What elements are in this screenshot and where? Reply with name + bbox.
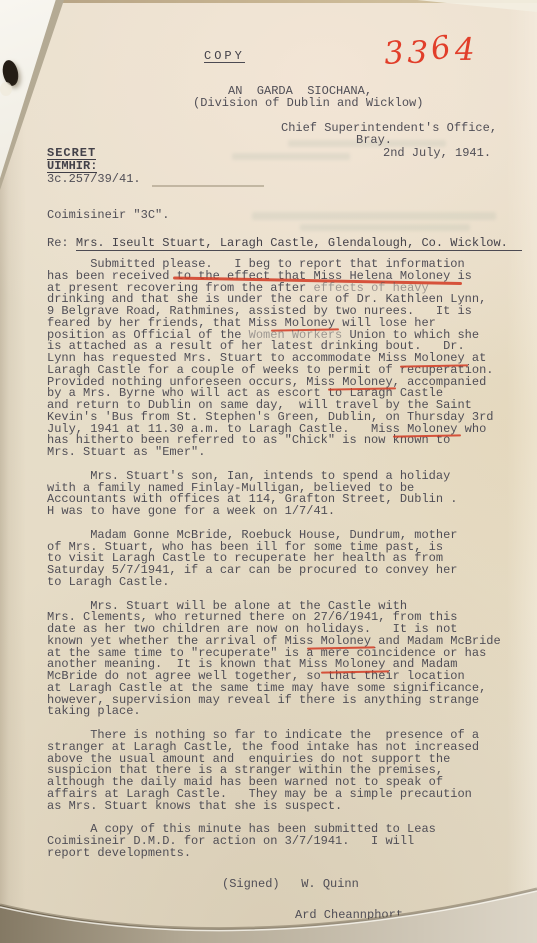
document-photo: COPY 3364 AN GARDA SIOCHANA, (Division o… xyxy=(0,0,537,943)
red-underlined-text: Moloney xyxy=(414,351,464,365)
paragraph: Madam Gonne McBride, Roebuck House, Dund… xyxy=(47,530,527,589)
red-underlined-text: Moloney xyxy=(342,375,392,389)
body-text-segment: as Mrs. Stuart knows that she is suspect… xyxy=(47,799,342,813)
red-digit: 3 xyxy=(383,34,410,72)
date-line: 2nd July, 1941. xyxy=(383,147,491,159)
body-text-segment: Mrs. Stuart as "Emer". xyxy=(47,445,205,459)
body-line: Mrs. Stuart as "Emer". xyxy=(47,447,527,459)
body-text-segment: H was to have gone for a week on 1/7/41. xyxy=(47,504,335,518)
paragraph: Submitted please. I beg to report that i… xyxy=(47,259,527,459)
uimhir-label: UIMHIR: xyxy=(47,160,97,173)
paragraph: A copy of this minute has been submitted… xyxy=(47,824,527,859)
body-text-segment: is xyxy=(450,269,472,283)
red-underlined-text: Moloney xyxy=(335,657,385,671)
body-line: taking place. xyxy=(47,706,527,718)
faint-pencil-rule xyxy=(152,185,264,187)
re-prefix: Re: xyxy=(47,236,76,250)
red-underlined-text: Moloney xyxy=(407,422,457,436)
punch-hole-tear xyxy=(0,82,12,96)
handwritten-file-number: 3364 xyxy=(383,28,481,72)
body-line: to Laragh Castle. xyxy=(47,577,527,589)
page-bottom-curl xyxy=(0,863,537,943)
org-division: (Division of Dublin and Wicklow) xyxy=(193,97,423,109)
reference-number: 3c.257/39/41. xyxy=(47,173,141,185)
re-subject: Mrs. Iseult Stuart, Laragh Castle, Glend… xyxy=(76,236,522,251)
red-underlined-text: Moloney xyxy=(321,634,371,648)
body-text-segment: report developments. xyxy=(47,846,191,860)
addressee: Coimisineir "3C". xyxy=(47,209,169,221)
body-line: H was to have gone for a week on 1/7/41. xyxy=(47,506,527,518)
body-text-segment: who xyxy=(457,422,486,436)
bleed-through-mark xyxy=(252,212,496,220)
body-line: as Mrs. Stuart knows that she is suspect… xyxy=(47,801,527,813)
bleed-through-mark xyxy=(300,224,470,231)
body-text-segment: to Laragh Castle. xyxy=(47,575,169,589)
copy-label: COPY xyxy=(204,50,245,63)
bleed-through-mark xyxy=(232,153,350,160)
body-text-segment: taking place. xyxy=(47,704,141,718)
faded-text: Women Workers xyxy=(249,328,343,342)
faded-text: effects of heavy xyxy=(313,281,428,295)
paragraph: Mrs. Stuart's son, Ian, intends to spend… xyxy=(47,471,527,518)
re-line: Re: Mrs. Iseult Stuart, Laragh Castle, G… xyxy=(47,237,522,249)
paragraph: There is nothing so far to indicate the … xyxy=(47,730,527,812)
body-line: report developments. xyxy=(47,848,527,860)
office-town: Bray. xyxy=(356,134,392,146)
paragraph: Mrs. Stuart will be alone at the Castle … xyxy=(47,601,527,719)
red-digit: 4 xyxy=(455,32,479,68)
body-text: Submitted please. I beg to report that i… xyxy=(47,259,527,872)
